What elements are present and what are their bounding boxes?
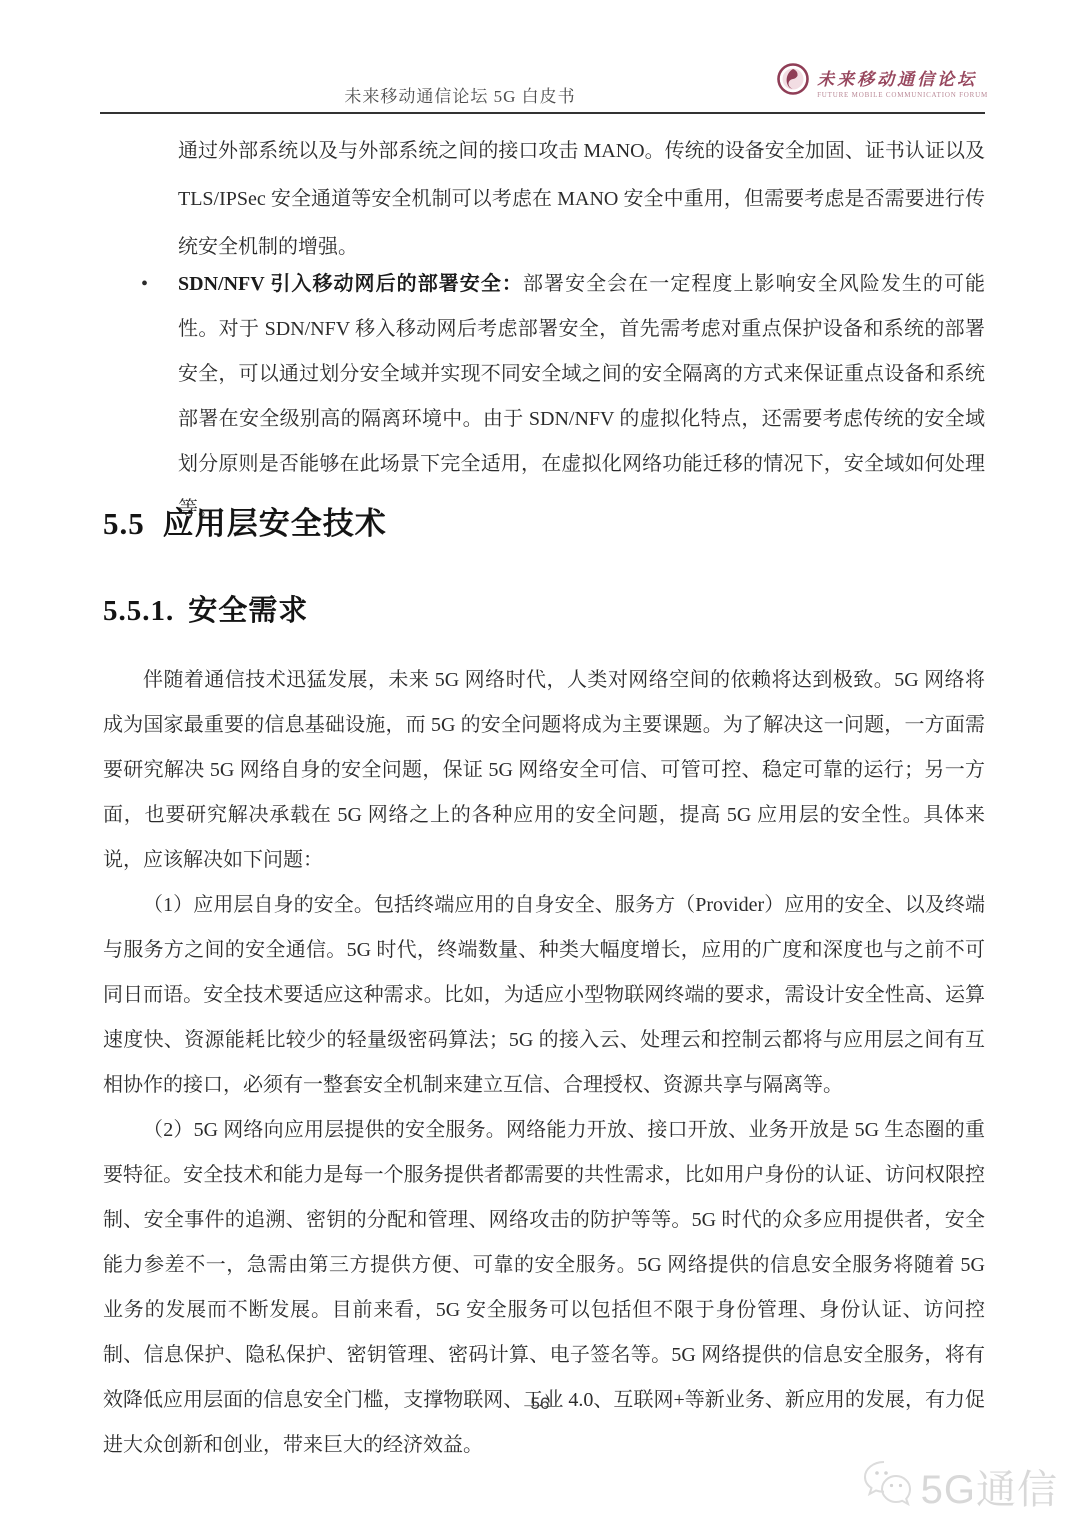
watermark-text: 5G通信 — [921, 1458, 1058, 1515]
forum-name-en: FUTURE MOBILE COMMUNICATION FORUM — [817, 91, 988, 99]
forum-logo-icon — [776, 62, 810, 101]
section-heading-5-5: 5.5应用层安全技术 — [103, 498, 387, 543]
watermark: 5G通信 — [859, 1458, 1058, 1515]
paragraph-mano-continuation: 通过外部系统以及与外部系统之间的接口攻击 MANO。传统的设备安全加固、证书认证… — [178, 127, 985, 271]
wechat-icon — [859, 1458, 917, 1515]
forum-logo-text: 未来移动通信论坛 FUTURE MOBILE COMMUNICATION FOR… — [817, 65, 988, 99]
bullet-bold-lead: SDN/NFV 引入移动网后的部署安全： — [178, 273, 523, 295]
forum-name-cn: 未来移动通信论坛 — [817, 65, 988, 90]
document-page: 未来移动通信论坛 5G 白皮书 未来移动通信论坛 FUTURE MOBILE C… — [0, 0, 1080, 1527]
section-number: 5.5 — [103, 506, 145, 541]
paragraph-item-2: （2）5G 网络向应用层提供的安全服务。网络能力开放、接口开放、业务开放是 5G… — [103, 1108, 985, 1468]
subsection-heading-5-5-1: 5.5.1.安全需求 — [103, 588, 308, 629]
bullet-body-text: 部署安全会在一定程度上影响安全风险发生的可能性。对于 SDN/NFV 移入移动网… — [178, 273, 985, 520]
section-title: 应用层安全技术 — [163, 506, 387, 541]
page-number: 56 — [0, 1394, 1080, 1414]
bullet-icon: • — [141, 262, 148, 307]
subsection-title: 安全需求 — [188, 595, 308, 627]
subsection-number: 5.5.1. — [103, 595, 174, 627]
paragraph-item-1: （1）应用层自身的安全。包括终端应用的自身安全、服务方（Provider）应用的… — [103, 883, 985, 1108]
bullet-item-sdn-nfv: SDN/NFV 引入移动网后的部署安全：部署安全会在一定程度上影响安全风险发生的… — [178, 262, 985, 532]
body-text: 伴随着通信技术迅猛发展，未来 5G 网络时代，人类对网络空间的依赖将达到极致。5… — [103, 658, 985, 1468]
forum-logo: 未来移动通信论坛 FUTURE MOBILE COMMUNICATION FOR… — [776, 62, 988, 101]
header-divider — [100, 112, 985, 114]
paragraph-intro: 伴随着通信技术迅猛发展，未来 5G 网络时代，人类对网络空间的依赖将达到极致。5… — [103, 658, 985, 883]
